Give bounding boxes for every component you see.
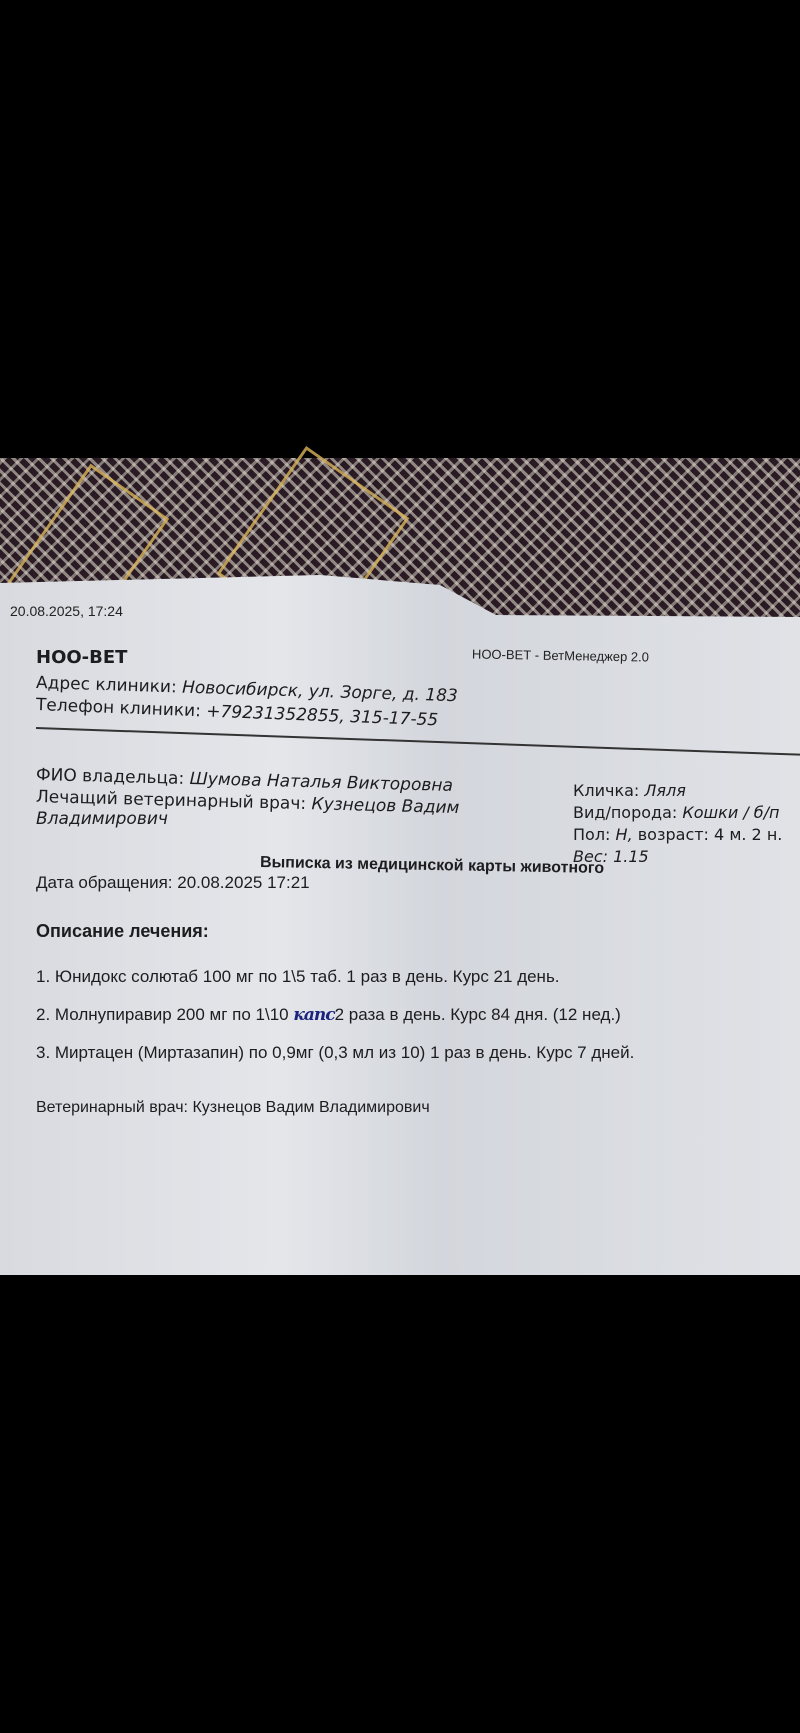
print-timestamp: 20.08.2025, 17:24 (10, 603, 123, 619)
app-version: НОО-ВЕТ - ВетМенеджер 2.0 (472, 646, 649, 664)
pet-name: Кличка: Ляля (573, 780, 782, 802)
treatment-item: 1. Юнидокс солютаб 100 мг по 1\5 таб. 1 … (36, 967, 560, 987)
pet-info: Кличка: Ляля Вид/порода: Кошки / б/п Пол… (573, 780, 782, 868)
pet-weight: Вес: 1.15 (573, 846, 782, 868)
pet-species-label: Вид/порода: (573, 803, 677, 822)
signature-label: Ветеринарный врач: (36, 1099, 188, 1116)
treatment-item-text: 2. Молнупиравир 200 мг по 1\10 (36, 1005, 293, 1024)
owner-label: ФИО владельца: (36, 765, 185, 789)
clinic-name: НОО-ВЕТ (36, 647, 127, 668)
treatment-item: 3. Миртацен (Миртазапин) по 0,9мг (0,3 м… (36, 1043, 634, 1063)
pet-weight-value: 1.15 (613, 847, 649, 866)
treatment-heading: Описание лечения: (36, 921, 209, 942)
handwritten-note: капс (293, 1005, 334, 1025)
pet-name-label: Кличка: (573, 781, 639, 800)
pet-species-value: Кошки / б/п (682, 803, 779, 822)
attending-vet-value-cont: Владимирович (36, 809, 168, 829)
visit-date-label: Дата обращения: (36, 873, 173, 892)
clinic-address-label: Адрес клиники: (36, 673, 177, 697)
medical-record-sheet: 20.08.2025, 17:24 НОО-ВЕТ - ВетМенеджер … (0, 575, 800, 1275)
pet-age-label: возраст: (638, 825, 709, 844)
pet-species: Вид/порода: Кошки / б/п (573, 802, 782, 824)
treatment-item: 2. Молнупиравир 200 мг по 1\10 капс2 раз… (36, 1005, 621, 1025)
clinic-phone-value: +79231352855, 315-17-55 (206, 702, 439, 731)
visit-date: Дата обращения: 20.08.2025 17:21 (36, 873, 310, 893)
treatment-item-text: 2 раза в день. Курс 84 дня. (12 нед.) (335, 1005, 621, 1024)
clinic-phone-label: Телефон клиники: (36, 695, 202, 721)
header-divider (36, 727, 800, 756)
pet-age-value: 4 м. 2 н. (714, 825, 782, 844)
document-title: Выписка из медицинской карты животного (260, 854, 604, 878)
attending-vet-line2: Владимирович (36, 809, 168, 829)
visit-date-value: 20.08.2025 17:21 (177, 873, 309, 892)
signature-line: Ветеринарный врач: Кузнецов Вадим Владим… (36, 1099, 430, 1117)
signature-value: Кузнецов Вадим Владимирович (192, 1099, 429, 1116)
pet-sex-label: Пол: (573, 825, 610, 844)
pet-sex-age: Пол: Н, возраст: 4 м. 2 н. (573, 824, 782, 846)
pet-sex-value: Н, (616, 825, 633, 844)
pet-name-value: Ляля (644, 781, 686, 800)
attending-vet-value: Кузнецов Вадим (311, 794, 459, 818)
